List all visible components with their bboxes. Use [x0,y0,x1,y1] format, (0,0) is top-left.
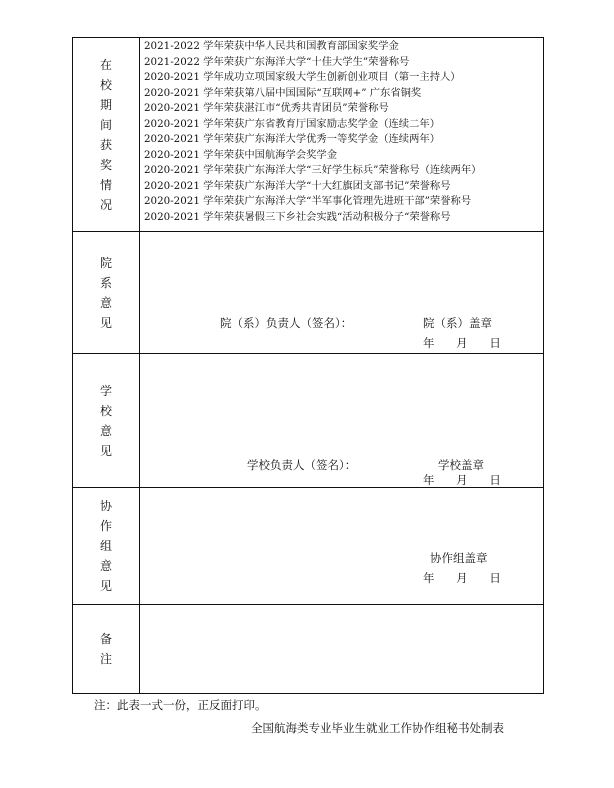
awards-label: 在 校 期 间 获 奖 情 况 [100,55,112,215]
label-char: 系 [100,273,112,293]
awards-label-cell: 在 校 期 间 获 奖 情 况 [73,38,140,231]
label-char: 奖 [100,155,112,175]
label-char: 在 [100,55,112,75]
date-year: 年 [423,472,435,488]
label-char: 学 [100,381,112,401]
award-item: 2020-2021 学年荣获广东省教育厅国家励志奖学金（连续二年） [144,117,543,133]
label-char: 协 [100,496,112,516]
department-signature-label: 院（系）负责人（签名）： [220,315,352,331]
remarks-field[interactable] [140,605,543,693]
remarks-row: 备 注 [73,605,543,693]
label-char: 见 [100,313,112,333]
group-label: 协 作 组 意 见 [100,496,112,596]
award-item: 2020-2021 学年荣获广东海洋大学“三好学生标兵”荣誉称号（连续两年） [144,163,543,179]
form-page: 在 校 期 间 获 奖 情 况 2021-2022 学年荣获中华人民共和国教育部… [0,0,614,788]
date-day: 日 [489,335,501,351]
label-char: 意 [100,421,112,441]
label-char: 注 [100,649,112,669]
group-opinion-row: 协 作 组 意 见 协作组盖章 年 月 日 [73,488,543,605]
label-char: 作 [100,516,112,536]
school-opinion-field[interactable]: 学校负责人（签名）： 学校盖章 年 月 日 [140,354,543,487]
department-label: 院 系 意 见 [100,253,112,333]
label-char: 意 [100,556,112,576]
award-item: 2020-2021 学年荣获暑假三下乡社会实践“活动积极分子“荣誉称号 [144,210,543,226]
label-char: 见 [100,441,112,461]
label-char: 校 [100,401,112,421]
school-seal-label: 学校盖章 [438,457,484,473]
remarks-label: 备 注 [100,629,112,669]
label-char: 情 [100,175,112,195]
school-label-cell: 学 校 意 见 [73,354,140,487]
award-item: 2020-2021 学年荣获广东海洋大学优秀一等奖学金（连续两年） [144,132,543,148]
department-date: 年 月 日 [423,335,501,351]
label-char: 况 [100,195,112,215]
department-label-cell: 院 系 意 见 [73,232,140,353]
date-year: 年 [423,570,435,586]
department-seal-label: 院（系）盖章 [423,315,492,331]
label-char: 间 [100,115,112,135]
date-month: 月 [456,570,468,586]
department-opinion-field[interactable]: 院（系）负责人（签名）： 院（系）盖章 年 月 日 [140,232,543,353]
award-item: 2021-2022 学年荣获广东海洋大学“十佳大学生”荣誉称号 [144,55,543,71]
department-opinion-row: 院 系 意 见 院（系）负责人（签名）： 院（系）盖章 年 月 日 [73,232,543,354]
awards-row: 在 校 期 间 获 奖 情 况 2021-2022 学年荣获中华人民共和国教育部… [73,38,543,232]
date-day: 日 [489,570,501,586]
remarks-label-cell: 备 注 [73,605,140,693]
date-month: 月 [456,335,468,351]
label-char: 意 [100,293,112,313]
label-char: 获 [100,135,112,155]
award-item: 2020-2021 学年荣获广东海洋大学“十大红旗团支部书记”荣誉称号 [144,179,543,195]
award-item: 2020-2021 学年荣获湛江市“优秀共青团员”荣誉称号 [144,101,543,117]
footer-issuer: 全国航海类专业毕业生就业工作协作组秘书处制表 [251,720,504,736]
group-label-cell: 协 作 组 意 见 [73,488,140,604]
footer-note: 注：此表一式一份，正反面打印。 [94,697,267,713]
school-date: 年 月 日 [423,472,501,488]
label-char: 组 [100,536,112,556]
award-item: 2020-2021 学年荣获广东海洋大学“半军事化管理先进班干部”荣誉称号 [144,194,543,210]
school-label: 学 校 意 见 [100,381,112,461]
date-month: 月 [456,472,468,488]
school-signature-label: 学校负责人（签名）： [247,457,356,473]
label-char: 备 [100,629,112,649]
school-opinion-row: 学 校 意 见 学校负责人（签名）： 学校盖章 年 月 日 [73,354,543,488]
group-seal-label: 协作组盖章 [430,550,488,566]
award-item: 2020-2021 学年成功立项国家级大学生创新创业项目（第一主持人） [144,70,543,86]
awards-list: 2021-2022 学年荣获中华人民共和国教育部国家奖学金 2021-2022 … [140,38,543,231]
award-item: 2020-2021 学年荣获中国航海学会奖学金 [144,148,543,164]
group-date: 年 月 日 [423,570,501,586]
form-table: 在 校 期 间 获 奖 情 况 2021-2022 学年荣获中华人民共和国教育部… [72,37,544,694]
date-year: 年 [423,335,435,351]
date-day: 日 [489,472,501,488]
group-opinion-field[interactable]: 协作组盖章 年 月 日 [140,488,543,604]
label-char: 期 [100,95,112,115]
award-item: 2020-2021 学年荣获第八届中国国际“互联网+” 广东省铜奖 [144,86,543,102]
label-char: 校 [100,75,112,95]
label-char: 见 [100,576,112,596]
award-item: 2021-2022 学年荣获中华人民共和国教育部国家奖学金 [144,39,543,55]
label-char: 院 [100,253,112,273]
